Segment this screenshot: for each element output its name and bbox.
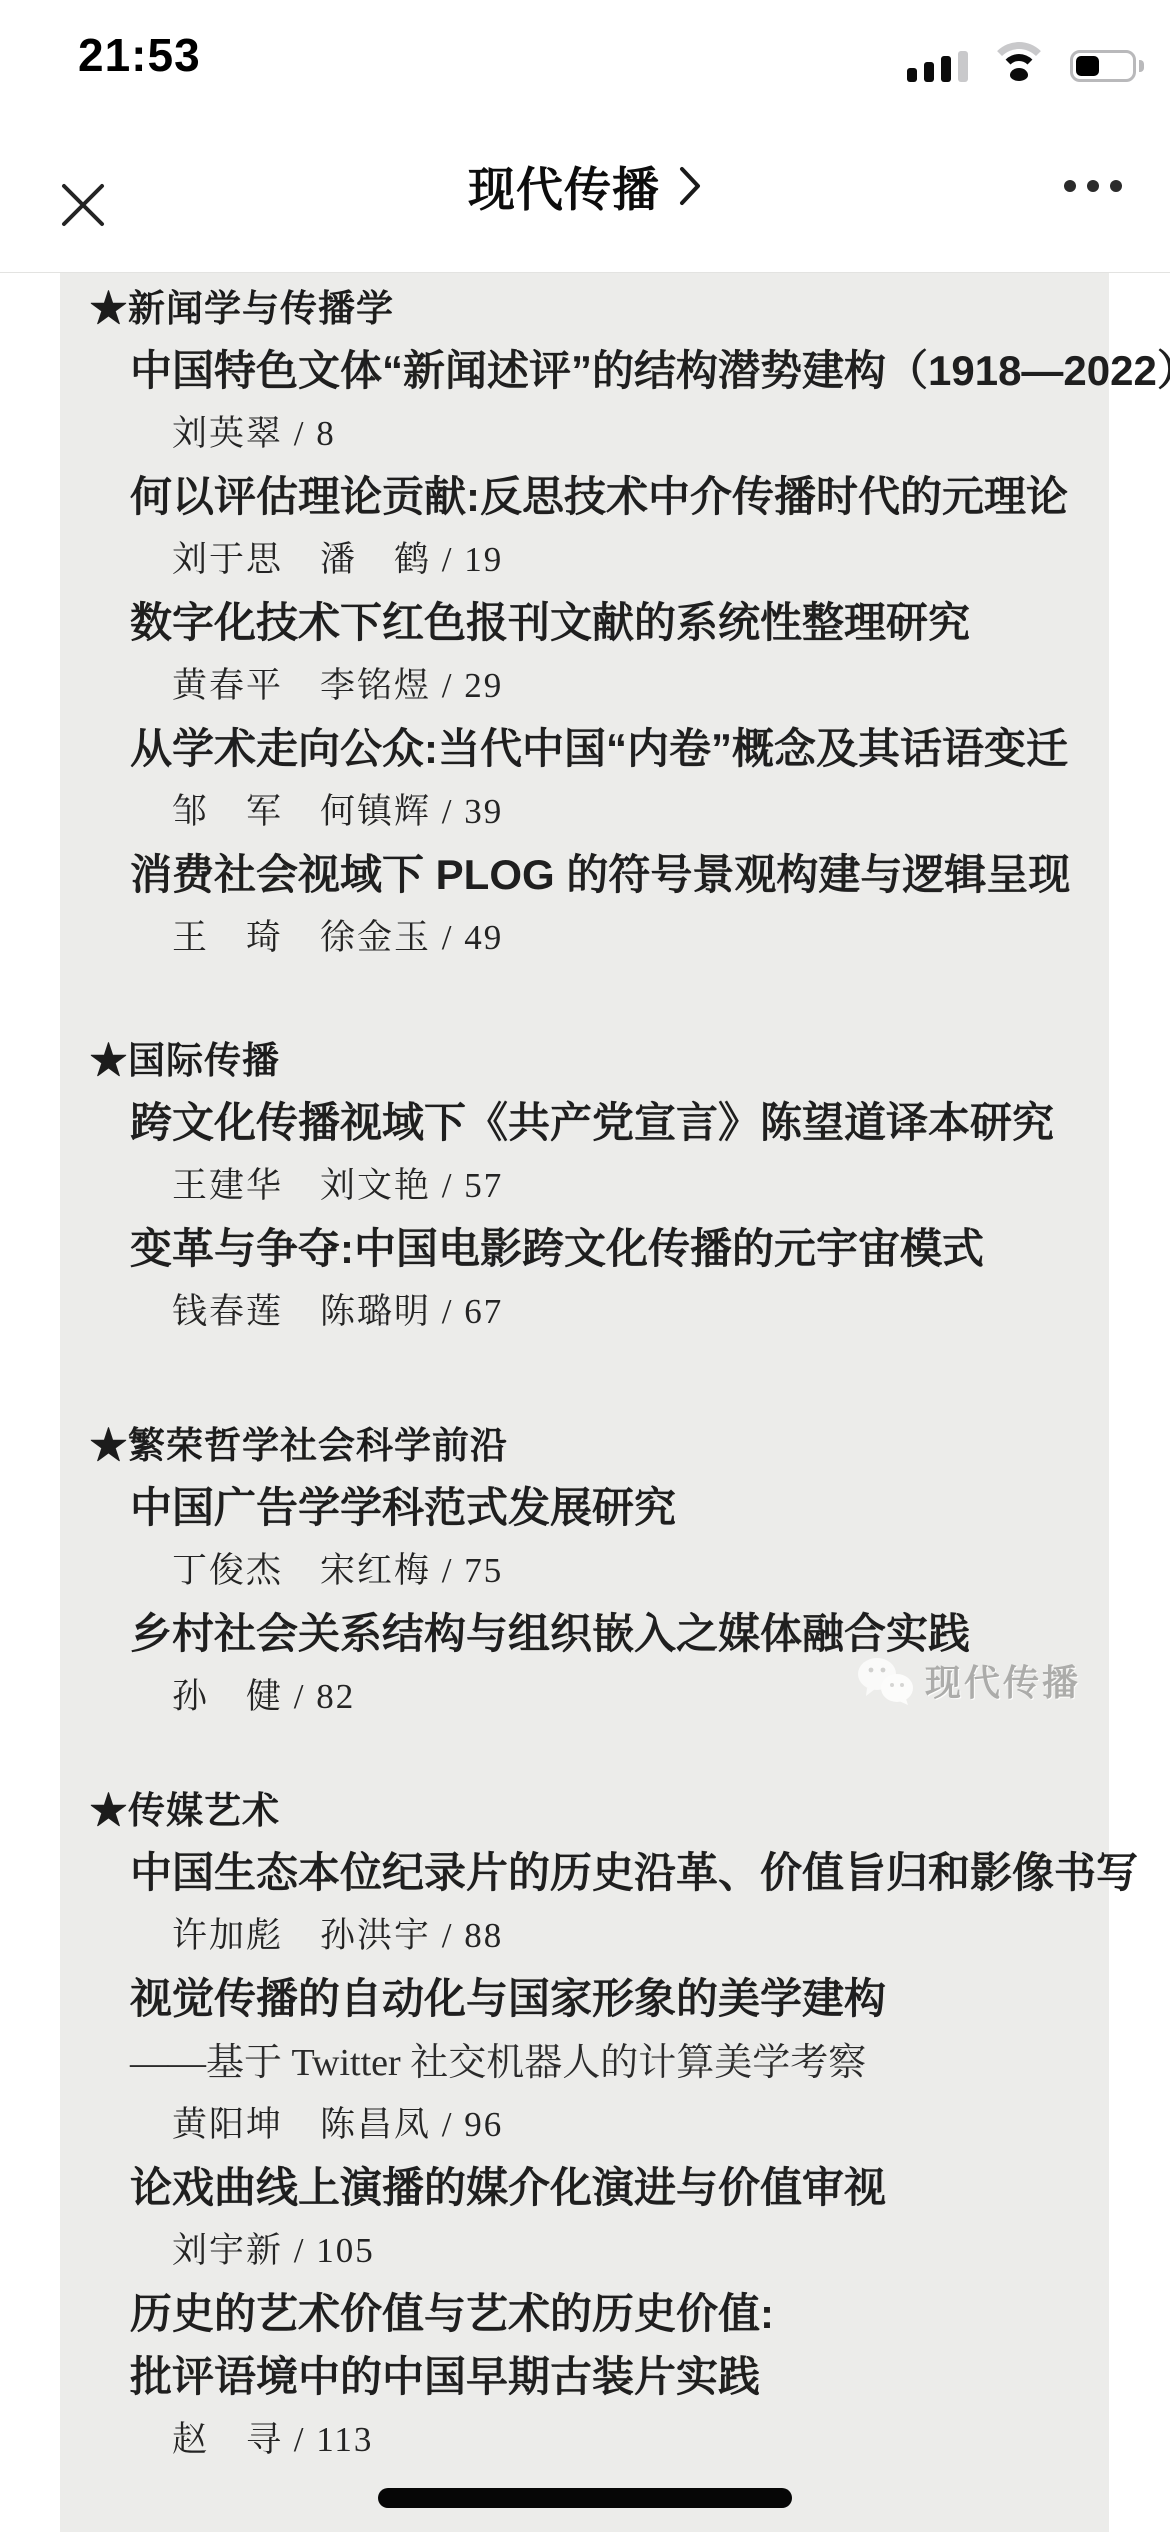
watermark-label: 现代传播	[925, 1655, 1081, 1706]
battery-icon	[1070, 50, 1136, 82]
article-title: 历史的艺术价值与艺术的历史价值:	[60, 2279, 1109, 2342]
more-menu-button[interactable]	[1064, 170, 1122, 202]
article-title: 批评语境中的中国早期古装片实践	[60, 2342, 1109, 2405]
watermark: 现代传播	[857, 1655, 1081, 1706]
article-authors-page: 王建华 刘文艳 / 57	[60, 1151, 1109, 1214]
article-title: 中国特色文体“新闻述评”的结构潜势建构（1918—2022）	[60, 336, 1109, 399]
chevron-right-icon	[678, 165, 702, 207]
account-title[interactable]: 现代传播	[0, 100, 1170, 272]
section-heading: ★繁荣哲学社会科学前沿	[60, 1410, 1109, 1473]
toc-section: ★新闻学与传播学中国特色文体“新闻述评”的结构潜势建构（1918—2022）刘英…	[60, 273, 1109, 966]
dot-icon	[1087, 180, 1099, 192]
section-heading: ★传媒艺术	[60, 1775, 1109, 1838]
toc-page-image: ★新闻学与传播学中国特色文体“新闻述评”的结构潜势建构（1918—2022）刘英…	[60, 273, 1109, 2532]
section-heading: ★新闻学与传播学	[60, 273, 1109, 336]
dot-icon	[1064, 180, 1076, 192]
article-title: 何以评估理论贡献:反思技术中介传播时代的元理论	[60, 462, 1109, 525]
wechat-logo-icon	[857, 1656, 915, 1706]
nav-bar: 现代传播	[0, 100, 1170, 273]
article-authors-page: 刘宇新 / 105	[60, 2216, 1109, 2279]
toc-section: ★国际传播跨文化传播视域下《共产党宣言》陈望道译本研究王建华 刘文艳 / 57变…	[60, 1025, 1109, 1340]
article-title: 视觉传播的自动化与国家形象的美学建构	[60, 1964, 1109, 2027]
battery-fill	[1076, 56, 1099, 76]
article-authors-page: 丁俊杰 宋红梅 / 75	[60, 1536, 1109, 1599]
article-title: 变革与争夺:中国电影跨文化传播的元宇宙模式	[60, 1214, 1109, 1277]
status-bar: 21:53	[0, 0, 1170, 100]
toc: ★新闻学与传播学中国特色文体“新闻述评”的结构潜势建构（1918—2022）刘英…	[60, 273, 1109, 2468]
status-icons	[907, 42, 1136, 82]
article-title: 中国广告学学科范式发展研究	[60, 1473, 1109, 1536]
article-authors-page: 黄春平 李铭煜 / 29	[60, 651, 1109, 714]
article-authors-page: 赵 寻 / 113	[60, 2405, 1109, 2468]
article-title: 从学术走向公众:当代中国“内卷”概念及其话语变迁	[60, 714, 1109, 777]
page-title: 现代传播	[468, 153, 660, 220]
article-title: 数字化技术下红色报刊文献的系统性整理研究	[60, 588, 1109, 651]
article-authors-page: 王 琦 徐金玉 / 49	[60, 903, 1109, 966]
article-authors-page: 刘于思 潘 鹤 / 19	[60, 525, 1109, 588]
article-authors-page: 许加彪 孙洪宇 / 88	[60, 1901, 1109, 1964]
article-title: 中国生态本位纪录片的历史沿革、价值旨归和影像书写	[60, 1838, 1109, 1901]
article-authors-page: 钱春莲 陈璐明 / 67	[60, 1277, 1109, 1340]
article-title: 跨文化传播视域下《共产党宣言》陈望道译本研究	[60, 1088, 1109, 1151]
dot-icon	[1110, 180, 1122, 192]
article-title: 乡村社会关系结构与组织嵌入之媒体融合实践	[60, 1599, 1109, 1662]
article-authors-page: 黄阳坤 陈昌凤 / 96	[60, 2090, 1109, 2153]
article-title: 论戏曲线上演播的媒介化演进与价值审视	[60, 2153, 1109, 2216]
clock: 21:53	[78, 28, 201, 82]
article-subtitle: ——基于 Twitter 社交机器人的计算美学考察	[60, 2027, 1109, 2090]
home-indicator[interactable]	[378, 2488, 792, 2508]
article-title: 消费社会视域下 PLOG 的符号景观构建与逻辑呈现	[60, 840, 1109, 903]
section-heading: ★国际传播	[60, 1025, 1109, 1088]
wifi-icon	[988, 42, 1050, 82]
cellular-signal-icon	[907, 50, 968, 82]
article-authors-page: 邹 军 何镇辉 / 39	[60, 777, 1109, 840]
toc-section: ★传媒艺术中国生态本位纪录片的历史沿革、价值旨归和影像书写许加彪 孙洪宇 / 8…	[60, 1775, 1109, 2468]
article-authors-page: 刘英翠 / 8	[60, 399, 1109, 462]
